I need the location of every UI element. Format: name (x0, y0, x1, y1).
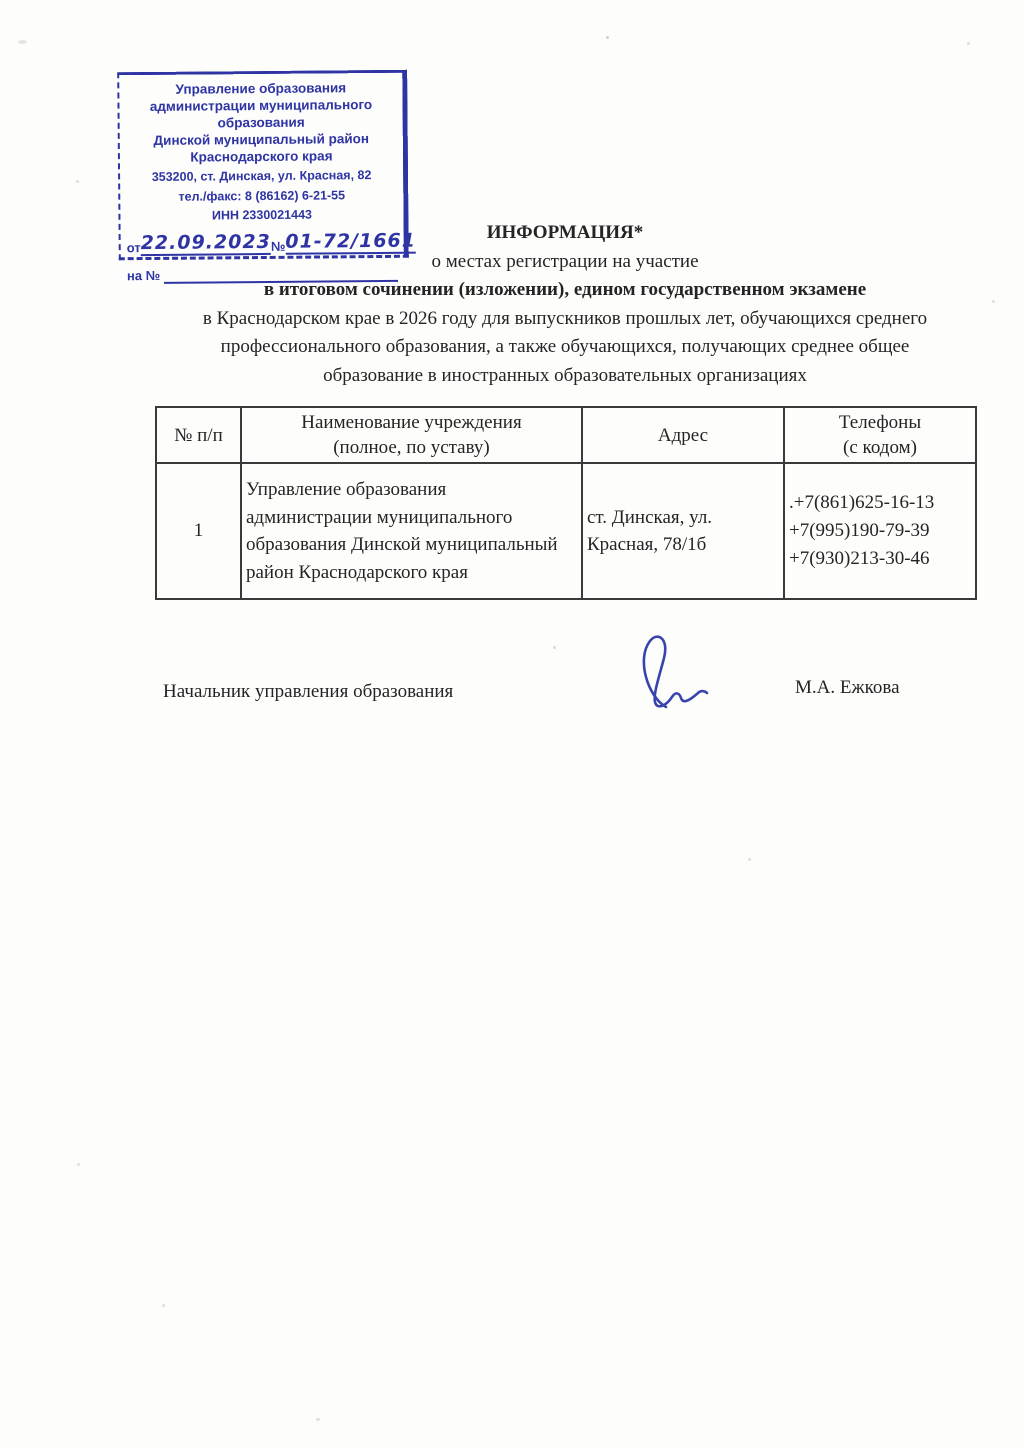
scan-speckle (316, 1418, 320, 1421)
phone-number: +7(930)213-30-46 (789, 545, 971, 573)
stamp-org-line: Краснодарского края (126, 147, 397, 166)
handwritten-signature (608, 631, 712, 717)
header-institution-line2: (полное, по уставу) (246, 435, 577, 460)
institution-address-line: Красная, 78/1б (587, 531, 779, 559)
header-address: Адрес (582, 407, 784, 463)
phone-number: +7(995)190-79-39 (789, 517, 971, 545)
header-institution: Наименование учреждения (полное, по уста… (241, 407, 582, 463)
table-row: 1 Управление образования администрации м… (156, 463, 976, 599)
institution-address-cell: ст. Динская, ул. Красная, 78/1б (582, 463, 784, 599)
scan-speckle (748, 858, 751, 861)
institution-name-line: образования Динской муниципальный (246, 531, 577, 559)
stamp-org-line: администрации муниципального образования (125, 96, 396, 132)
signatory-position-label: Начальник управления образования (163, 681, 453, 703)
title-subline: о местах регистрации на участие (155, 248, 975, 277)
table-header-row: № п/п Наименование учреждения (полное, п… (156, 407, 976, 463)
scan-speckle (553, 646, 556, 649)
stamp-address-line: 353200, ст. Динская, ул. Красная, 82 (126, 168, 397, 186)
scan-speckle (162, 1304, 165, 1307)
institution-name-cell: Управление образования администрации мун… (241, 463, 582, 599)
title-subline: профессионального образования, а также о… (155, 333, 975, 362)
stamp-address-line: тел./факс: 8 (86162) 6-21-55 (126, 187, 397, 205)
header-phones-line2: (с кодом) (789, 435, 971, 460)
institution-name-line: район Краснодарского края (246, 559, 577, 587)
header-institution-line1: Наименование учреждения (246, 410, 577, 435)
registration-places-table: № п/п Наименование учреждения (полное, п… (155, 406, 977, 600)
scan-speckle (18, 40, 27, 44)
stamp-from-label: от (127, 240, 141, 256)
scan-speckle (77, 1163, 80, 1166)
row-number: 1 (156, 463, 241, 599)
institution-phones-cell: .+7(861)625-16-13 +7(995)190-79-39 +7(93… (784, 463, 976, 599)
header-phones-line1: Телефоны (789, 410, 971, 435)
institution-name-line: Управление образования (246, 476, 577, 504)
signatory-name: М.А. Ежкова (795, 677, 900, 699)
scan-speckle (992, 300, 995, 303)
phone-number: .+7(861)625-16-13 (789, 489, 971, 517)
scan-speckle (967, 42, 970, 45)
title-subline-bold: в итоговом сочинении (изложении), едином… (155, 276, 975, 305)
header-phones: Телефоны (с кодом) (784, 407, 976, 463)
title-subline: в Краснодарском крае в 2026 году для вып… (155, 305, 975, 334)
scan-speckle (606, 36, 609, 39)
scan-speckle (76, 180, 79, 183)
institution-address-line: ст. Динская, ул. (587, 504, 779, 532)
header-num: № п/п (156, 407, 241, 463)
institution-name-line: администрации муниципального (246, 504, 577, 532)
stamp-org-line: Динской муниципальный район (126, 130, 397, 149)
title-subline: образование в иностранных образовательны… (155, 362, 975, 391)
document-title: ИНФОРМАЦИЯ* (155, 219, 975, 248)
scanned-document-page: Управление образования администрации мун… (0, 0, 1024, 1448)
document-title-block: ИНФОРМАЦИЯ* о местах регистрации на учас… (155, 219, 975, 390)
